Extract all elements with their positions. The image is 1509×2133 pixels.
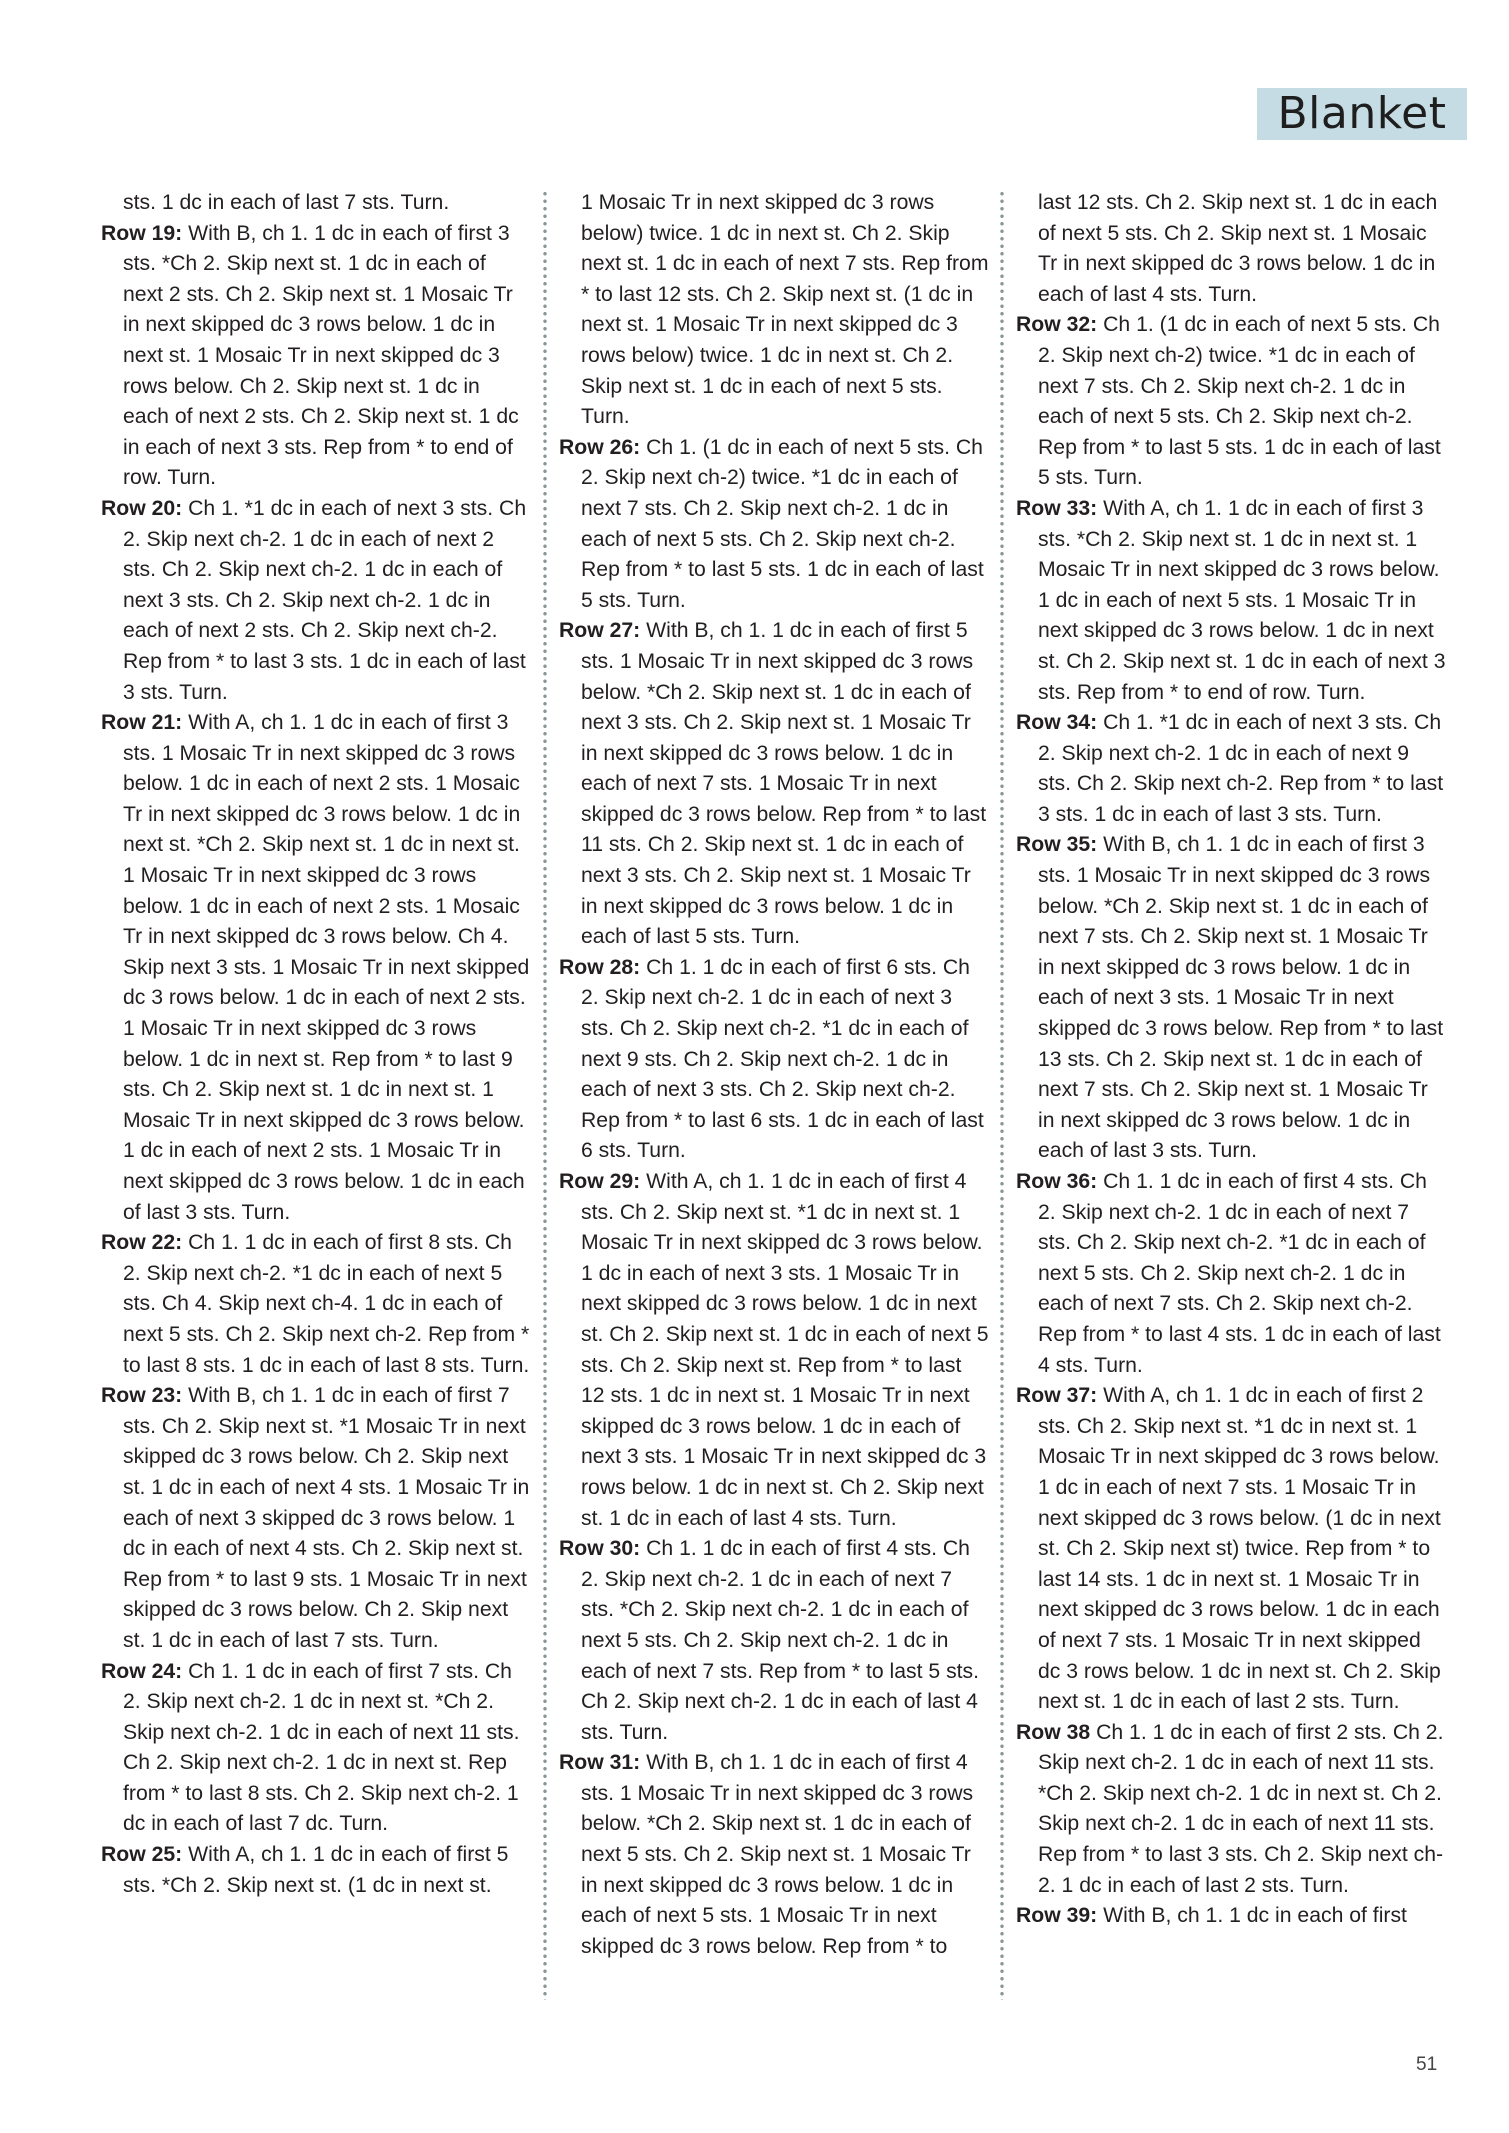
row-label: Row 19: <box>101 222 182 245</box>
row-label: Row 26: <box>559 436 640 459</box>
pattern-row-22: Row 22: Ch 1. 1 dc in each of first 8 st… <box>101 1228 531 1381</box>
row-label: Row 34: <box>1016 711 1097 734</box>
pattern-row-25: Row 25: With A, ch 1. 1 dc in each of fi… <box>101 1840 531 1901</box>
row-text: With A, ch 1. 1 dc in each of first 3 st… <box>123 711 529 1224</box>
row-label: Row 31: <box>559 1751 640 1774</box>
row-text: Ch 1. *1 dc in each of next 3 sts. Ch 2.… <box>1038 711 1443 826</box>
row-label: Row 30: <box>559 1537 640 1560</box>
row-text: Ch 1. 1 dc in each of first 2 sts. Ch 2.… <box>1038 1721 1443 1897</box>
pattern-row-36: Row 36: Ch 1. 1 dc in each of first 4 st… <box>1016 1167 1446 1381</box>
text-column-3: last 12 sts. Ch 2. Skip next st. 1 dc in… <box>1016 188 1446 1932</box>
row-text: sts. 1 dc in each of last 7 sts. Turn. <box>123 191 449 214</box>
row-label: Row 23: <box>101 1384 182 1407</box>
row-text: Ch 1. 1 dc in each of first 8 sts. Ch 2.… <box>123 1231 529 1376</box>
row-label: Row 37: <box>1016 1384 1097 1407</box>
pattern-row-38: Row 38 Ch 1. 1 dc in each of first 2 sts… <box>1016 1718 1446 1902</box>
row-label: Row 27: <box>559 619 640 642</box>
column-divider <box>1000 190 1004 2000</box>
row-text: Ch 1. *1 dc in each of next 3 sts. Ch 2.… <box>123 497 526 704</box>
row-label: Row 22: <box>101 1231 182 1254</box>
pattern-row-29: Row 29: With A, ch 1. 1 dc in each of fi… <box>559 1167 989 1534</box>
row-text: With B, ch 1. 1 dc in each of first 5 st… <box>581 619 986 948</box>
row-text: With B, ch 1. 1 dc in each of first 4 st… <box>581 1751 973 1958</box>
row-text: Ch 1. 1 dc in each of first 4 sts. Ch 2.… <box>1038 1170 1441 1377</box>
row-text: Ch 1. (1 dc in each of next 5 sts. Ch 2.… <box>1038 313 1441 489</box>
row-label: Row 35: <box>1016 833 1097 856</box>
row-text: With A, ch 1. 1 dc in each of first 3 st… <box>1038 497 1446 704</box>
row-label: Row 33: <box>1016 497 1097 520</box>
page-number: 51 <box>1416 2054 1437 2076</box>
section-title: Blanket <box>1278 92 1447 136</box>
pattern-row-21: Row 21: With A, ch 1. 1 dc in each of fi… <box>101 708 531 1228</box>
row-label: Row 32: <box>1016 313 1097 336</box>
pattern-row-19: Row 19: With B, ch 1. 1 dc in each of fi… <box>101 219 531 494</box>
text-column-1: sts. 1 dc in each of last 7 sts. Turn. R… <box>101 188 531 1901</box>
pattern-row-32: Row 32: Ch 1. (1 dc in each of next 5 st… <box>1016 310 1446 494</box>
row-text: With B, ch 1. 1 dc in each of first 7 st… <box>123 1384 529 1652</box>
row-text: 1 Mosaic Tr in next skipped dc 3 rows be… <box>581 191 988 428</box>
section-title-banner: Blanket <box>1257 88 1467 140</box>
row-text: With A, ch 1. 1 dc in each of first 2 st… <box>1038 1384 1441 1713</box>
pattern-row-20: Row 20: Ch 1. *1 dc in each of next 3 st… <box>101 494 531 708</box>
row-label: Row 39: <box>1016 1904 1097 1927</box>
column-divider <box>543 190 547 2000</box>
row-text: With B, ch 1. 1 dc in each of first 3 st… <box>1038 833 1443 1162</box>
pattern-row-27: Row 27: With B, ch 1. 1 dc in each of fi… <box>559 616 989 953</box>
pattern-paragraph: last 12 sts. Ch 2. Skip next st. 1 dc in… <box>1016 188 1446 310</box>
row-text: With A, ch 1. 1 dc in each of first 4 st… <box>581 1170 989 1530</box>
row-label: Row 21: <box>101 711 182 734</box>
row-label: Row 24: <box>101 1660 182 1683</box>
pattern-row-33: Row 33: With A, ch 1. 1 dc in each of fi… <box>1016 494 1446 708</box>
row-label: Row 36: <box>1016 1170 1097 1193</box>
row-text: Ch 1. 1 dc in each of first 7 sts. Ch 2.… <box>123 1660 520 1836</box>
pattern-row-26: Row 26: Ch 1. (1 dc in each of next 5 st… <box>559 433 989 617</box>
row-label: Row 29: <box>559 1170 640 1193</box>
pattern-row-34: Row 34: Ch 1. *1 dc in each of next 3 st… <box>1016 708 1446 830</box>
pattern-row-24: Row 24: Ch 1. 1 dc in each of first 7 st… <box>101 1657 531 1841</box>
pattern-row-23: Row 23: With B, ch 1. 1 dc in each of fi… <box>101 1381 531 1656</box>
pattern-row-37: Row 37: With A, ch 1. 1 dc in each of fi… <box>1016 1381 1446 1718</box>
pattern-row-30: Row 30: Ch 1. 1 dc in each of first 4 st… <box>559 1534 989 1748</box>
pattern-row-39: Row 39: With B, ch 1. 1 dc in each of fi… <box>1016 1901 1446 1932</box>
pattern-paragraph: 1 Mosaic Tr in next skipped dc 3 rows be… <box>559 188 989 433</box>
row-label: Row 28: <box>559 956 640 979</box>
row-text: With B, ch 1. 1 dc in each of first <box>1097 1904 1407 1927</box>
row-text: Ch 1. 1 dc in each of first 4 sts. Ch 2.… <box>581 1537 979 1744</box>
row-label: Row 38 <box>1016 1721 1090 1744</box>
row-text: With B, ch 1. 1 dc in each of first 3 st… <box>123 222 519 490</box>
text-column-2: 1 Mosaic Tr in next skipped dc 3 rows be… <box>559 188 989 1962</box>
pattern-row-35: Row 35: With B, ch 1. 1 dc in each of fi… <box>1016 830 1446 1167</box>
row-text: Ch 1. (1 dc in each of next 5 sts. Ch 2.… <box>581 436 984 612</box>
row-label: Row 20: <box>101 497 182 520</box>
pattern-row-31: Row 31: With B, ch 1. 1 dc in each of fi… <box>559 1748 989 1962</box>
row-text: Ch 1. 1 dc in each of first 6 sts. Ch 2.… <box>581 956 984 1163</box>
pattern-row-28: Row 28: Ch 1. 1 dc in each of first 6 st… <box>559 953 989 1167</box>
row-text: last 12 sts. Ch 2. Skip next st. 1 dc in… <box>1038 191 1437 306</box>
pattern-paragraph: sts. 1 dc in each of last 7 sts. Turn. <box>101 188 531 219</box>
row-label: Row 25: <box>101 1843 182 1866</box>
